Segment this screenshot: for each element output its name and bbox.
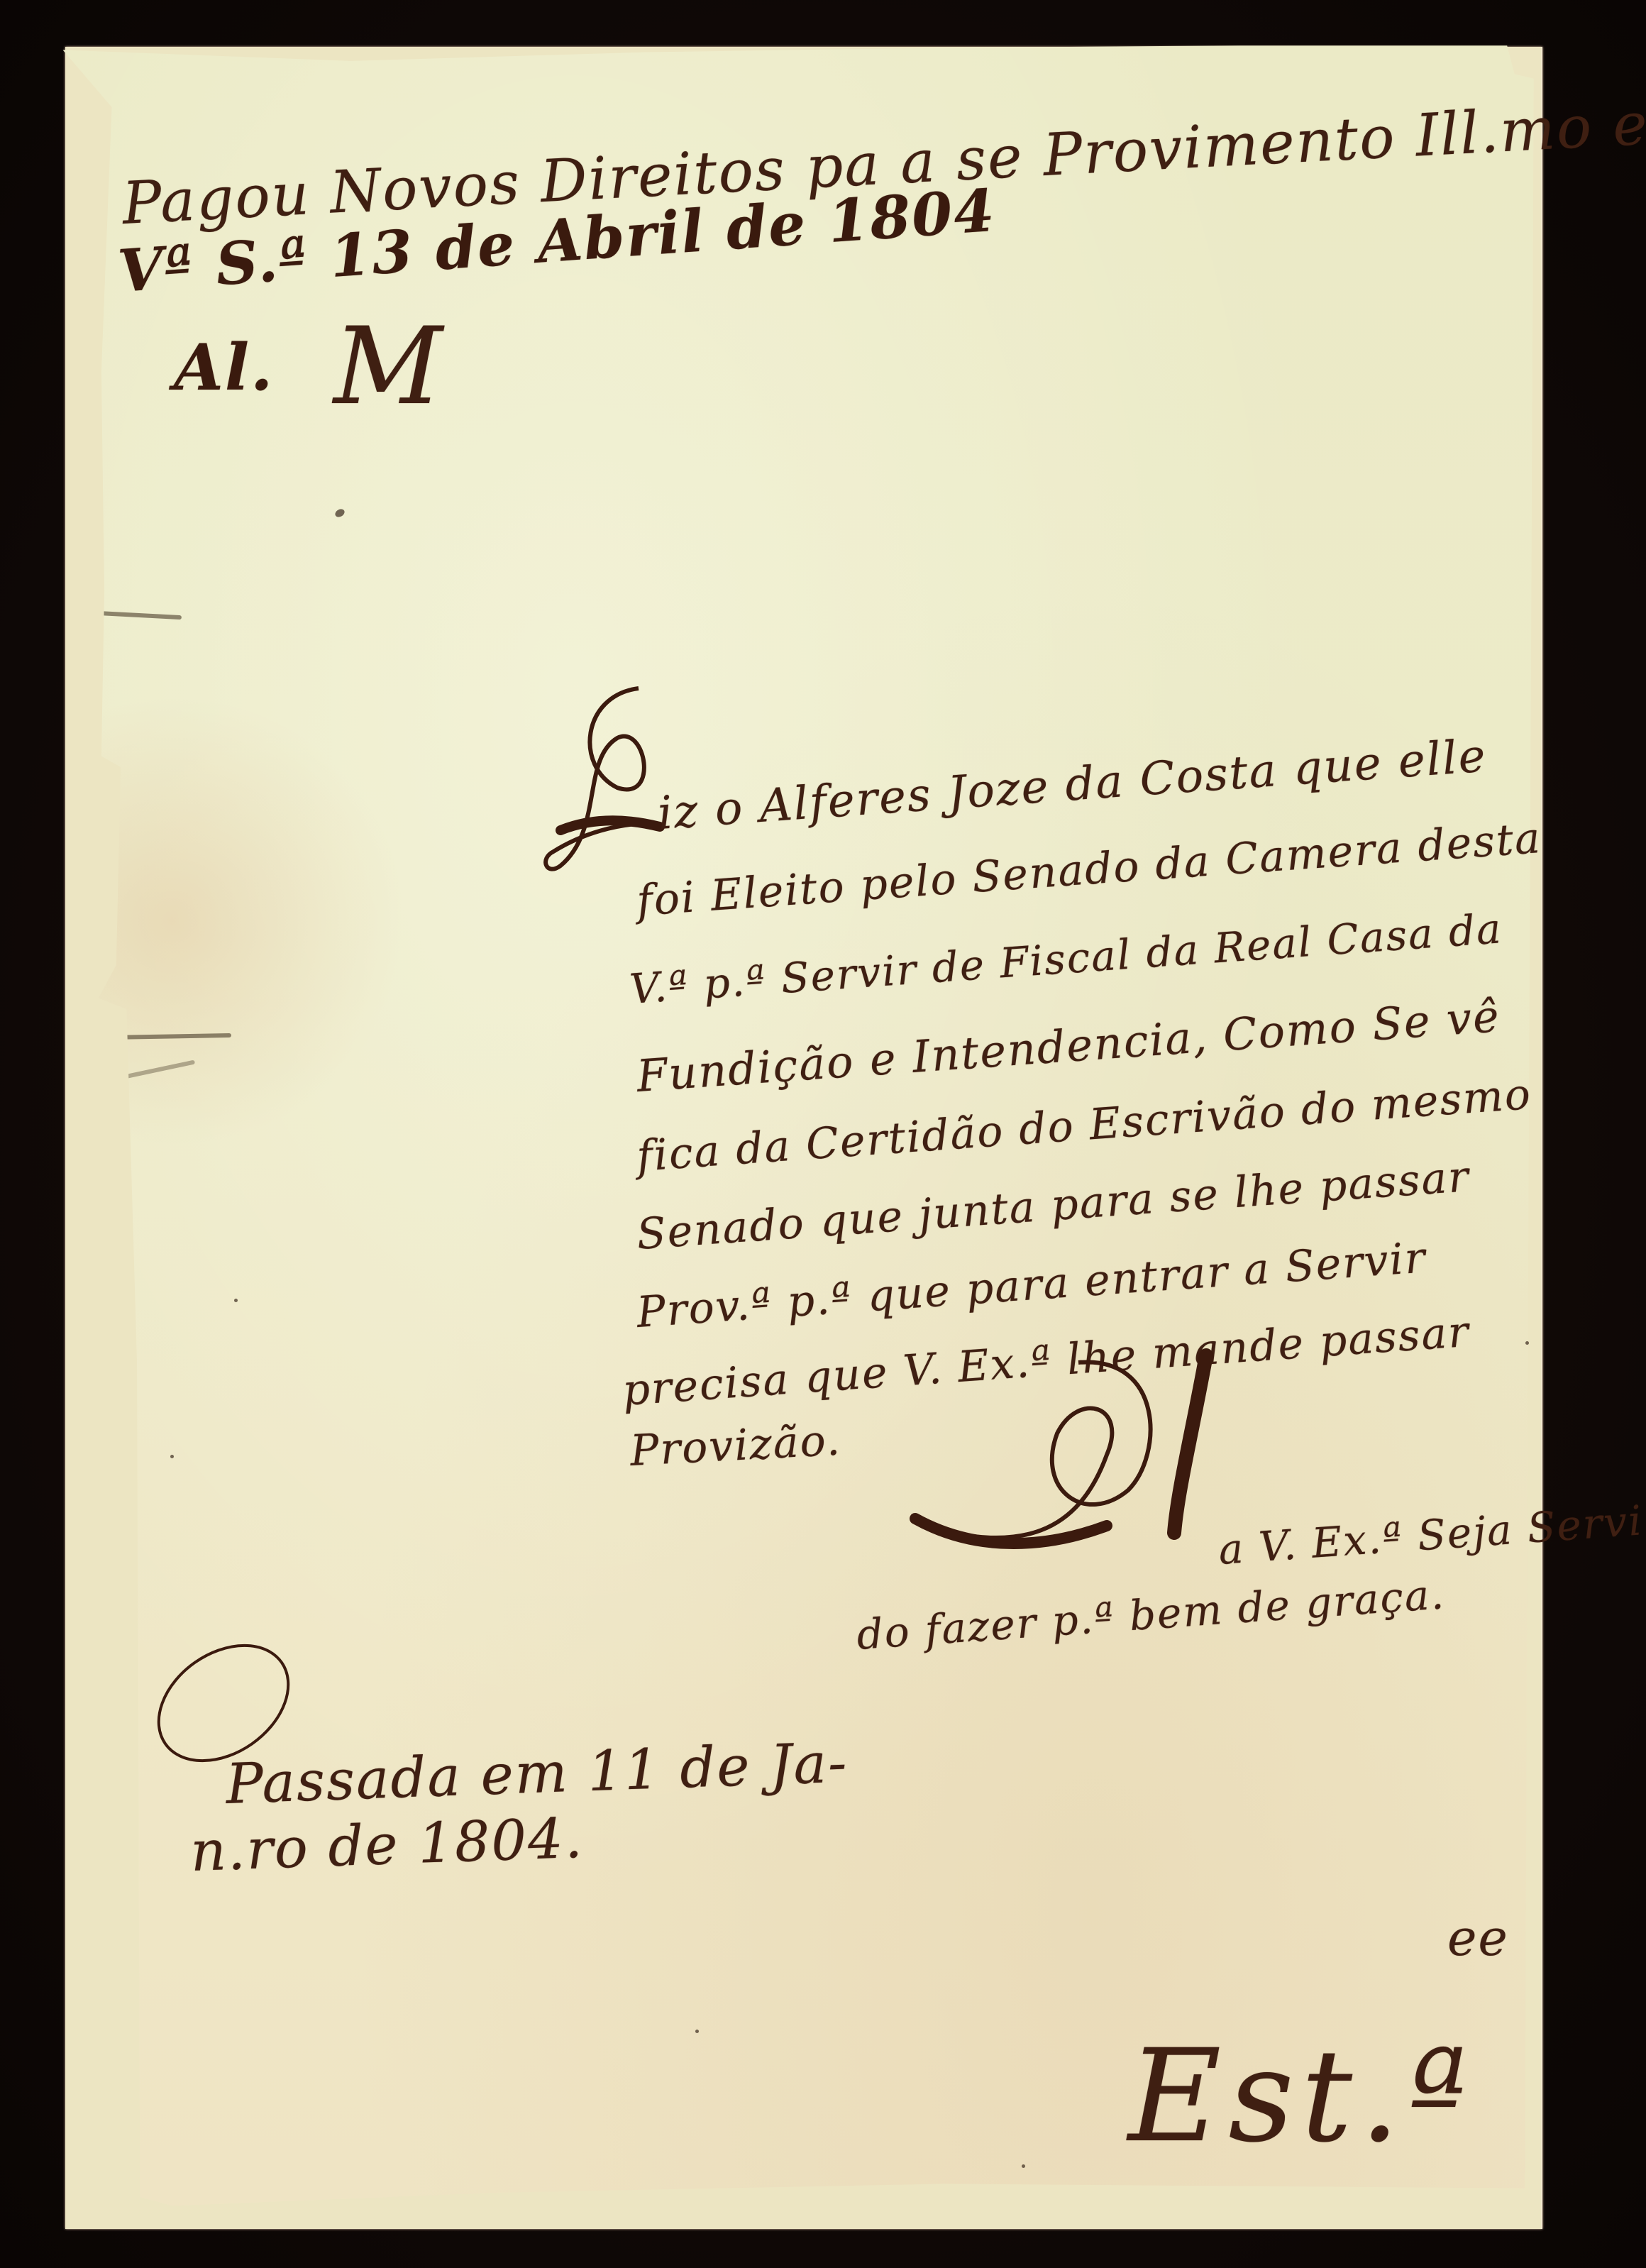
paper-speck xyxy=(234,1299,238,1302)
signature-mark: ee xyxy=(1447,1909,1509,1967)
paper-speck xyxy=(170,1455,174,1458)
paper-speck xyxy=(1525,1341,1529,1345)
paper-speck xyxy=(695,2030,699,2033)
paper-speck xyxy=(1022,2164,1025,2168)
margin-rubric-right: M xyxy=(333,305,444,429)
signature: Est.ª xyxy=(1128,2022,1475,2171)
margin-rubric-left: Al. xyxy=(174,330,274,405)
